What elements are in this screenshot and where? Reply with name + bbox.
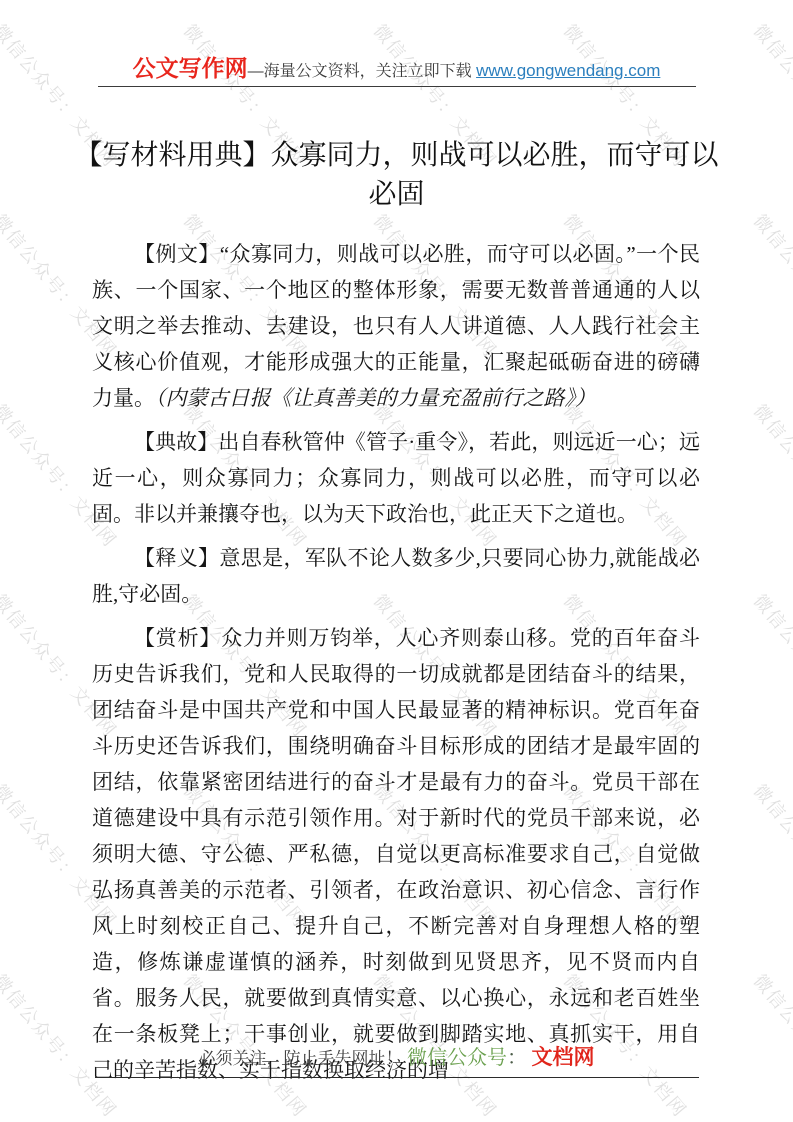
page-footer: 必须关注，防止丢失网址！ 微信公众号： 文档网: [0, 1041, 793, 1071]
site-brand: 公文写作网: [133, 55, 248, 81]
document-body: 【例文】“众寡同力，则战可以必胜，而守可以必固。”一个民族、一个国家、一个地区的…: [92, 236, 700, 1096]
watermark-text: 微信公众号：文档网: [748, 208, 793, 363]
paragraph-liwen: 【例文】“众寡同力，则战可以必胜，而守可以必固。”一个民族、一个国家、一个地区的…: [92, 236, 700, 416]
footer-wechat-label: 微信公众号: [407, 1047, 507, 1069]
paragraph-shiyi-label: 【释义】: [134, 546, 219, 570]
watermark-text: 微信公众号：文档网: [748, 588, 793, 743]
paragraph-shangxi-text: 众力并则万钧举，人心齐则泰山移。党的百年奋斗历史告诉我们，党和人民取得的一切成就…: [92, 626, 700, 1082]
footer-notice: 必须关注，防止丢失网址！: [199, 1049, 403, 1068]
paragraph-shangxi-label: 【赏析】: [134, 626, 221, 650]
site-tagline: —海量公文资料，关注立即下载: [248, 63, 476, 80]
paragraph-liwen-source: （内蒙古日报《让真善美的力量充盈前行之路》）: [155, 386, 596, 410]
paragraph-shiyi: 【释义】意思是，军队不论人数多少,只要同心协力,就能战必胜,守必固。: [92, 540, 700, 612]
header-divider: [98, 86, 696, 87]
paragraph-shangxi: 【赏析】众力并则万钧举，人心齐则泰山移。党的百年奋斗历史告诉我们，党和人民取得的…: [92, 620, 700, 1088]
watermark-text: 微信公众号：文档网: [748, 778, 793, 933]
paragraph-diangu: 【典故】出自春秋管仲《管子·重令》，若此，则远近一心；远近一心，则众寡同力；众寡…: [92, 424, 700, 532]
page-title: 【写材料用典】众寡同力，则战可以必胜，而守可以必固: [70, 136, 723, 214]
footer-brand: 文档网: [531, 1046, 594, 1069]
watermark-text: 微信公众号：文档网: [748, 398, 793, 553]
footer-colon: ：: [507, 1047, 527, 1069]
paragraph-liwen-text: “众寡同力，则战可以必胜，而守可以必固。”一个民族、一个国家、一个地区的整体形象…: [92, 242, 700, 410]
site-header: 公文写作网—海量公文资料，关注立即下载 www.gongwendang.com: [0, 50, 793, 83]
watermark-text: 微信公众号：文档网: [748, 18, 793, 173]
paragraph-diangu-label: 【典故】: [134, 430, 218, 454]
footer-divider: [95, 1077, 699, 1078]
paragraph-liwen-label: 【例文】: [134, 242, 220, 266]
site-url-link[interactable]: www.gongwendang.com: [476, 61, 660, 80]
document-page: 微信公众号：文档网微信公众号：文档网微信公众号：文档网微信公众号：文档网微信公众…: [0, 0, 793, 1122]
